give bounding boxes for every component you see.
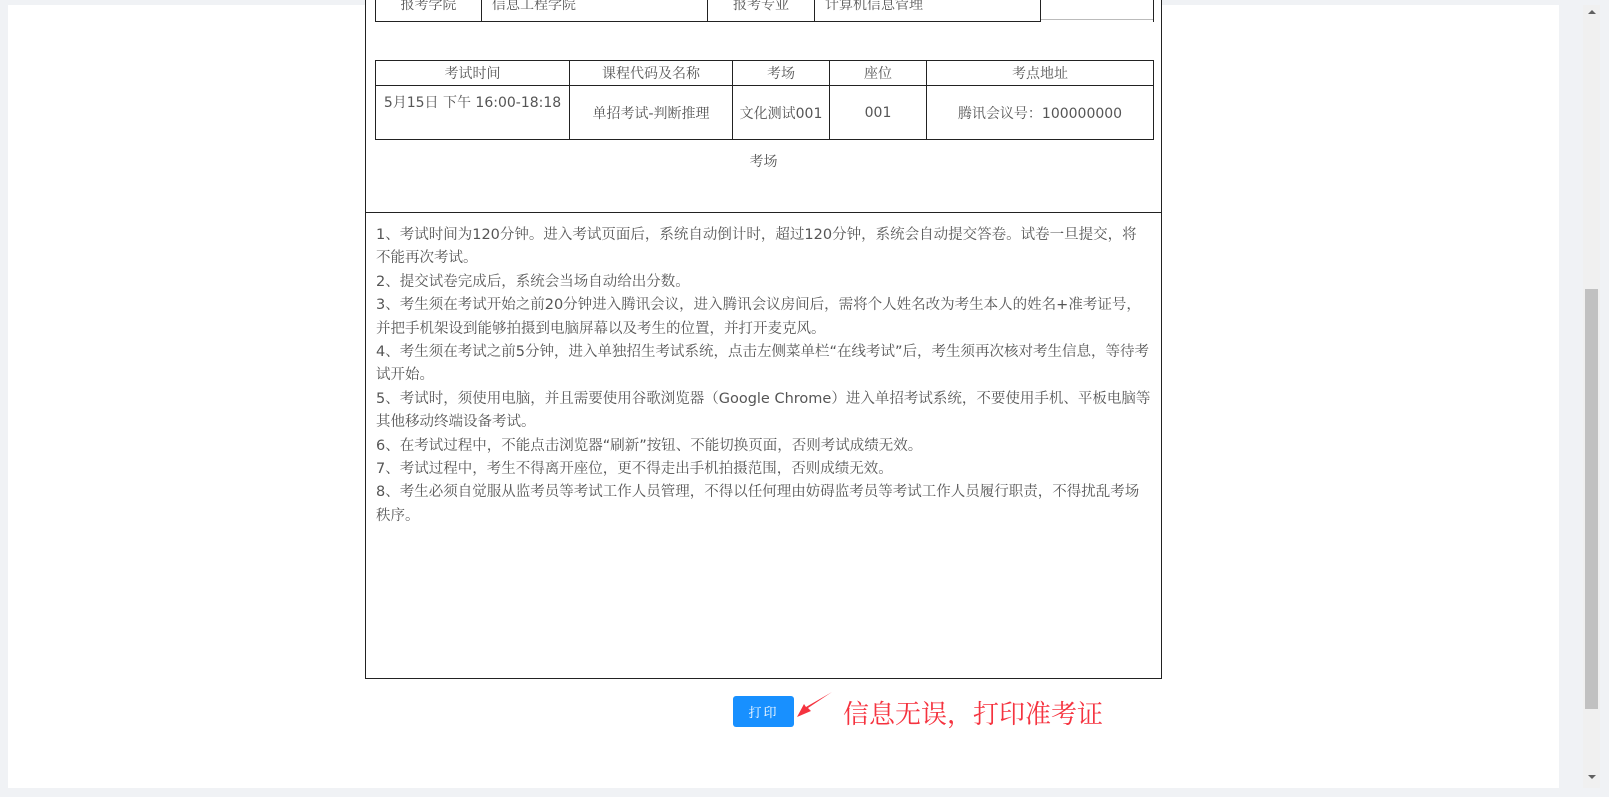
- annotation-text: 信息无误，打印准考证: [843, 694, 1103, 731]
- header-course: 课程代码及名称: [570, 61, 733, 86]
- header-exam-time: 考试时间: [376, 61, 570, 86]
- note-item: 5、考试时，须使用电脑，并且需要使用谷歌浏览器（Google Chrome）进入…: [376, 388, 1151, 435]
- exam-schedule-table: 考试时间 课程代码及名称 考场 座位 考点地址 5月15日 下午 16:00-1…: [375, 60, 1154, 140]
- room-cell: 文化测试001: [733, 86, 830, 140]
- print-button[interactable]: 打印: [733, 696, 794, 727]
- table-row: 报考学院 信息工程学院 报考专业 计算机信息管理: [376, 0, 1154, 22]
- arrow-icon: [794, 690, 834, 720]
- chevron-up-icon: [1588, 10, 1596, 14]
- header-room: 考场: [733, 61, 830, 86]
- header-seat: 座位: [830, 61, 927, 86]
- exam-time-cell: 5月15日 下午 16:00-18:18: [376, 86, 570, 140]
- photo-cell: [1041, 0, 1154, 22]
- vertical-scrollbar[interactable]: [1583, 5, 1600, 788]
- table-row: 5月15日 下午 16:00-18:18 单招考试-判断推理 文化测试001 0…: [376, 86, 1154, 140]
- scroll-thumb[interactable]: [1585, 289, 1598, 709]
- divider: [366, 212, 1161, 213]
- note-item: 1、考试时间为120分钟。进入考试页面后，系统自动倒计时，超过120分钟，系统会…: [376, 224, 1151, 271]
- scroll-up-button[interactable]: [1583, 5, 1600, 19]
- note-item: 3、考生须在考试开始之前20分钟进入腾讯会议，进入腾讯会议房间后，需将个人姓名改…: [376, 294, 1151, 341]
- scroll-down-button[interactable]: [1583, 770, 1600, 784]
- address-cell: 腾讯会议号：100000000: [927, 86, 1154, 140]
- note-item: 7、考试过程中，考生不得离开座位，更不得走出手机拍摄范围，否则成绩无效。: [376, 458, 1151, 481]
- college-value: 信息工程学院: [482, 0, 708, 22]
- college-label: 报考学院: [376, 0, 482, 22]
- course-cell: 单招考试-判断推理: [570, 86, 733, 140]
- room-label: 考场: [366, 151, 1161, 171]
- exam-notes: 1、考试时间为120分钟。进入考试页面后，系统自动倒计时，超过120分钟，系统会…: [376, 224, 1151, 528]
- note-item: 6、在考试过程中，不能点击浏览器“刷新”按钮、不能切换页面，否则考试成绩无效。: [376, 435, 1151, 458]
- seat-cell: 001: [830, 86, 927, 140]
- table-header-row: 考试时间 课程代码及名称 考场 座位 考点地址: [376, 61, 1154, 86]
- note-item: 4、考生须在考试之前5分钟，进入单独招生考试系统，点击左侧菜单栏“在线考试”后，…: [376, 341, 1151, 388]
- chevron-down-icon: [1588, 775, 1596, 779]
- major-label: 报考专业: [708, 0, 815, 22]
- major-value: 计算机信息管理: [815, 0, 1041, 22]
- note-item: 2、提交试卷完成后，系统会当场自动给出分数。: [376, 271, 1151, 294]
- note-item: 8、考生必须自觉服从监考员等考试工作人员管理，不得以任何理由妨碍监考员等考试工作…: [376, 481, 1151, 528]
- admission-ticket-card: 报考学院 信息工程学院 报考专业 计算机信息管理 考试时间 课程代码及名称 考场…: [365, 0, 1162, 679]
- header-address: 考点地址: [927, 61, 1154, 86]
- applicant-info-table: 报考学院 信息工程学院 报考专业 计算机信息管理: [375, 0, 1154, 22]
